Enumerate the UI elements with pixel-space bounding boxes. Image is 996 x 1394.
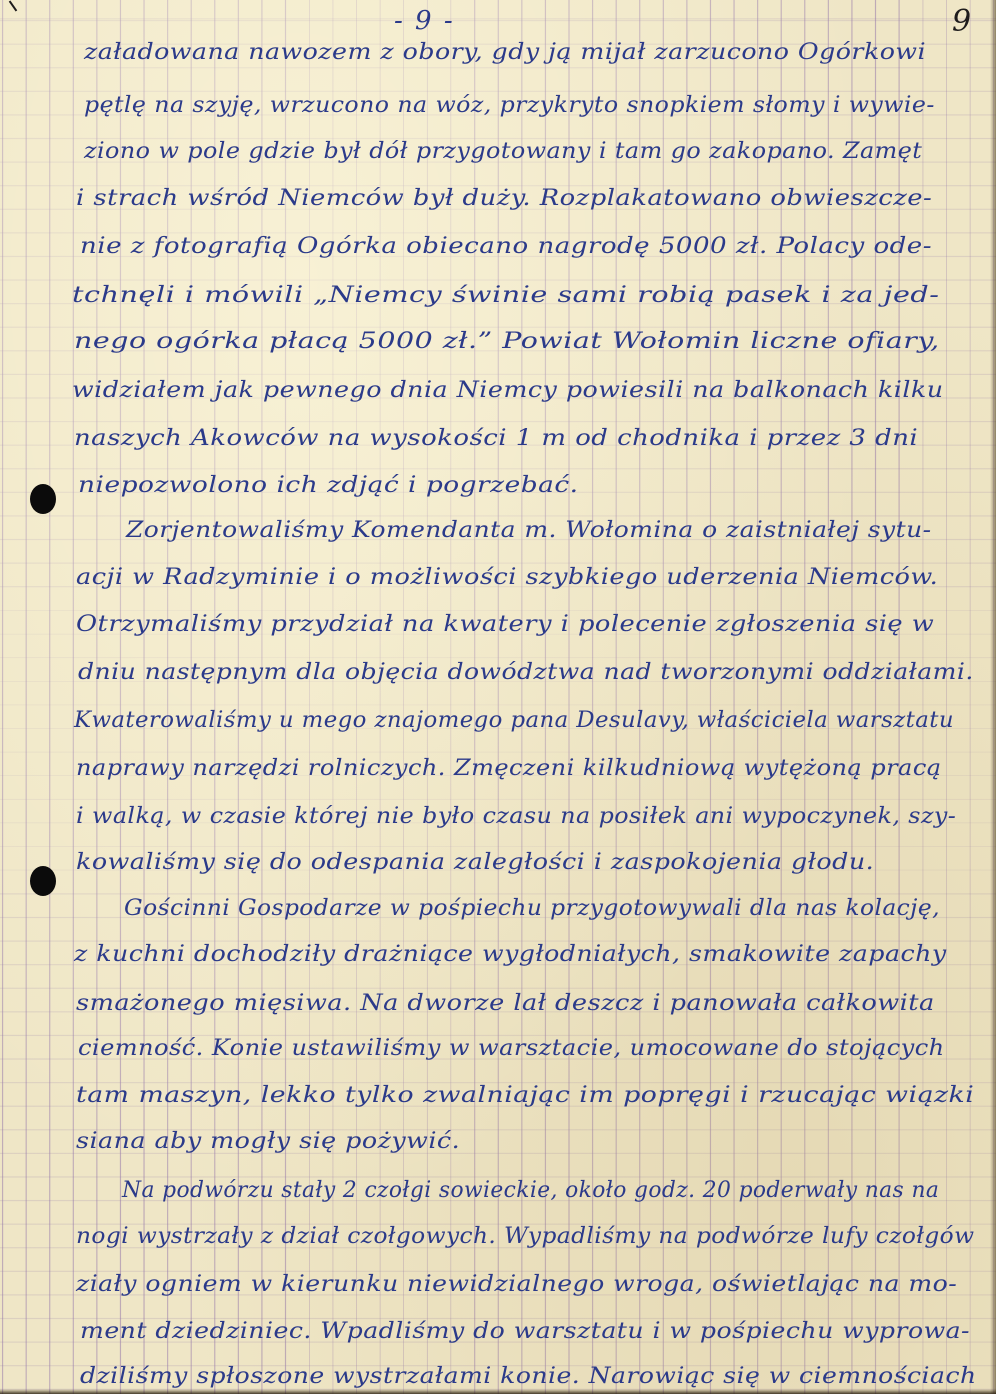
text-line: widziałem jak pewnego dnia Niemcy powies… bbox=[72, 378, 944, 403]
text-line: dniu następnym dla objęcia dowództwa nad… bbox=[78, 660, 974, 685]
document-page: - 9 - 9 załadowana nawozem z obory, gdy … bbox=[0, 0, 996, 1394]
page-bottom-edge bbox=[0, 1389, 996, 1394]
text-line: acji w Radzyminie i o możliwości szybkie… bbox=[76, 565, 938, 590]
text-line: dziliśmy spłoszone wystrzałami konie. Na… bbox=[80, 1364, 977, 1389]
text-line: kowaliśmy się do odespania zaległości i … bbox=[76, 850, 874, 875]
text-line: i strach wśród Niemców był duży. Rozplak… bbox=[76, 186, 932, 211]
text-line: ment dziedziniec. Wpadliśmy do warsztatu… bbox=[80, 1319, 970, 1344]
page-number: - 9 - bbox=[394, 6, 455, 36]
page-edge-shadow bbox=[990, 0, 996, 1394]
archive-page-number: 9 bbox=[952, 4, 971, 39]
corner-pen-mark bbox=[9, 1, 18, 12]
text-line: niepozwolono ich zdjąć i pogrzebać. bbox=[78, 473, 579, 498]
text-line: Otrzymaliśmy przydział na kwatery i pole… bbox=[76, 612, 934, 637]
text-line: Kwaterowaliśmy u mego znajomego pana Des… bbox=[74, 708, 954, 733]
text-line: naszych Akowców na wysokości 1 m od chod… bbox=[74, 426, 918, 451]
text-line: nie z fotografią Ogórka obiecano nagrodę… bbox=[80, 234, 932, 259]
text-line: naprawy narzędzi rolniczych. Zmęczeni ki… bbox=[76, 756, 942, 781]
text-line: ziały ogniem w kierunku niewidzialnego w… bbox=[76, 1272, 957, 1297]
paragraph-start-line: Na podwórzu stały 2 czołgi sowieckie, ok… bbox=[122, 1178, 939, 1203]
punch-hole-icon bbox=[30, 866, 56, 896]
text-line: załadowana nawozem z obory, gdy ją mijał… bbox=[84, 40, 926, 65]
text-line: nego ogórka płacą 5000 zł.” Powiat Wołom… bbox=[74, 329, 940, 354]
paragraph-start-line: Zorjentowaliśmy Komendanta m. Wołomina o… bbox=[126, 518, 932, 543]
text-line: ciemność. Konie ustawiliśmy w warsztacie… bbox=[78, 1036, 945, 1061]
text-line: siana aby mogły się pożywić. bbox=[76, 1129, 460, 1154]
text-line: tchnęli i mówili „Niemcy świnie sami rob… bbox=[72, 283, 939, 308]
paragraph-start-line: Gościnni Gospodarze w pośpiechu przygoto… bbox=[124, 896, 940, 921]
text-line: ziono w pole gdzie był dół przygotowany … bbox=[84, 139, 922, 164]
punch-hole-icon bbox=[30, 484, 56, 514]
text-line: nogi wystrzały z dział czołgowych. Wypad… bbox=[76, 1224, 974, 1249]
text-line: tam maszyn, lekko tylko zwalniając im po… bbox=[76, 1083, 974, 1108]
text-line: i walką, w czasie której nie było czasu … bbox=[76, 804, 956, 829]
text-line: smażonego mięsiwa. Na dworze lał deszcz … bbox=[76, 991, 935, 1016]
text-line: z kuchni dochodziły drażniące wygłodniał… bbox=[74, 942, 947, 967]
text-line: pętlę na szyję, wrzucono na wóz, przykry… bbox=[84, 93, 935, 118]
